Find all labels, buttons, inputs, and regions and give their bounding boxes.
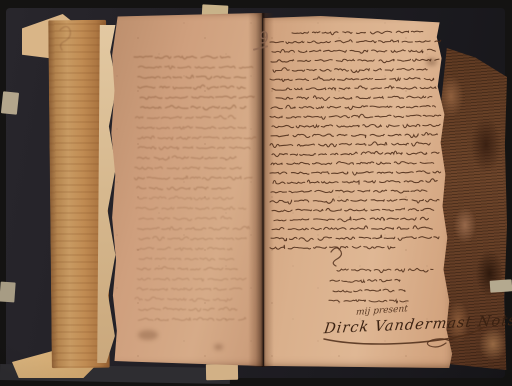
bookmark-tab-left-upper	[1, 91, 19, 115]
stain	[214, 344, 223, 350]
left-page	[105, 13, 263, 366]
bookmark-tab-bottom	[206, 364, 238, 381]
stain	[426, 58, 437, 66]
bookmark-tab-right	[490, 279, 512, 293]
bookmark-tab-left-lower	[0, 282, 16, 303]
stain	[138, 330, 158, 340]
photo-frame: 9 mij present Dirck Vandermast Nots	[0, 0, 512, 386]
gutter-shadow	[248, 13, 274, 367]
